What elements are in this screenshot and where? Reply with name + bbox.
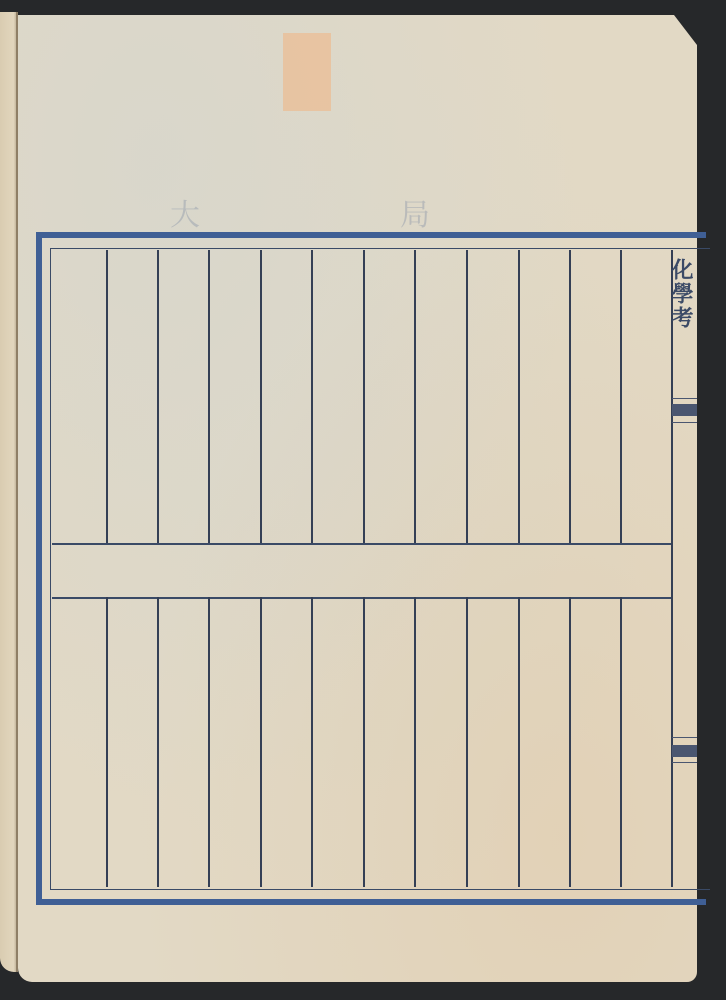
column-rule: [106, 597, 108, 887]
inner-border: [50, 248, 710, 890]
column-rule: [157, 250, 159, 543]
fish-tail-rule: [672, 422, 697, 423]
band-bottom-rule: [52, 597, 672, 599]
column-rule: [311, 250, 313, 543]
column-rule: [569, 597, 571, 887]
bleed-through-mark: 大: [170, 190, 200, 234]
column-rule: [414, 597, 416, 887]
column-rule: [466, 597, 468, 887]
column-rule: [311, 597, 313, 887]
column-rule: [569, 250, 571, 543]
column-rule: [620, 250, 622, 543]
column-rule: [518, 250, 520, 543]
fish-tail-mark: [672, 745, 697, 757]
column-rule: [157, 597, 159, 887]
page-gutter: [16, 12, 18, 972]
column-rule: [466, 250, 468, 543]
fish-tail-rule: [672, 762, 697, 763]
column-rule: [208, 597, 210, 887]
column-rule: [414, 250, 416, 543]
fish-tail-rule: [672, 398, 697, 399]
fish-tail-rule: [672, 737, 697, 738]
column-rule: [363, 597, 365, 887]
column-rule: [363, 250, 365, 543]
column-rule: [260, 597, 262, 887]
library-seal: [283, 33, 331, 111]
fish-tail-mark: [672, 404, 697, 416]
previous-page-edge: [0, 12, 17, 972]
column-rule: [260, 250, 262, 543]
column-rule: [106, 250, 108, 543]
spine-title: 化學考: [671, 258, 697, 330]
spine-rule: [671, 250, 673, 887]
column-rule: [518, 597, 520, 887]
column-rule: [620, 597, 622, 887]
bleed-through-mark: 局: [400, 190, 430, 234]
column-rule: [208, 250, 210, 543]
band-top-rule: [52, 543, 672, 545]
